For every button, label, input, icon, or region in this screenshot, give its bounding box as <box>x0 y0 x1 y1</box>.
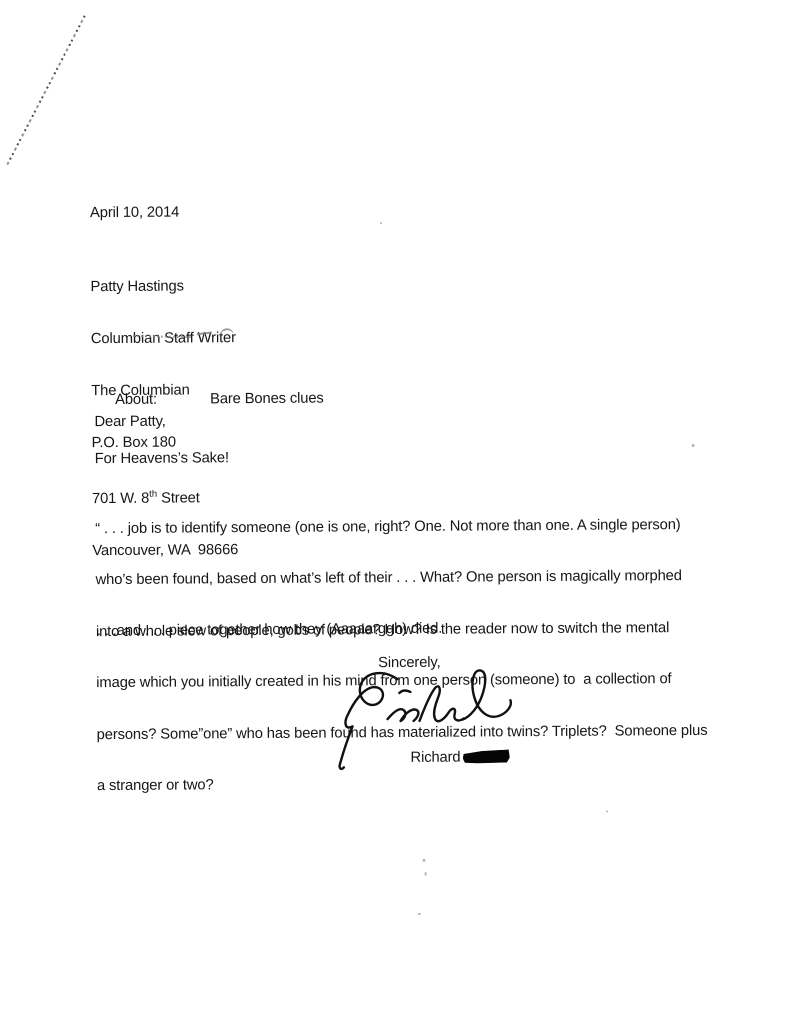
about-value: Bare Bones clues <box>210 391 324 408</box>
body-line: who’s been found, based on what’s left o… <box>95 567 706 591</box>
post-line: . . .and . . . piece together how they (… <box>97 621 442 639</box>
body-line: “ . . . job is to identify someone (one … <box>95 516 706 540</box>
scan-speck <box>425 872 427 876</box>
scan-speck <box>380 222 382 224</box>
recipient-name: Patty Hastings <box>90 276 236 297</box>
letter-date: April 10, 2014 <box>90 205 179 222</box>
scan-speck <box>418 913 421 915</box>
salutation: Dear Patty, <box>94 414 165 430</box>
opening-exclamation: For Heavens’s Sake! <box>95 450 229 467</box>
scan-speck <box>423 859 426 862</box>
about-label: About: <box>115 391 210 408</box>
letter: April 10, 2014 Patty Hastings Columbian … <box>0 0 793 1024</box>
signature-block: Sincerely, Richard <box>0 0 789 3</box>
typed-name: Richard <box>410 750 460 766</box>
scan-speck <box>606 811 608 813</box>
scanned-letter-page: April 10, 2014 Patty Hastings Columbian … <box>0 0 793 1024</box>
typed-signature-line: Richard <box>379 733 510 782</box>
redaction-mark <box>462 749 510 764</box>
scan-speck <box>692 444 695 447</box>
recipient-title: Columbian Staff Writer <box>91 328 237 349</box>
